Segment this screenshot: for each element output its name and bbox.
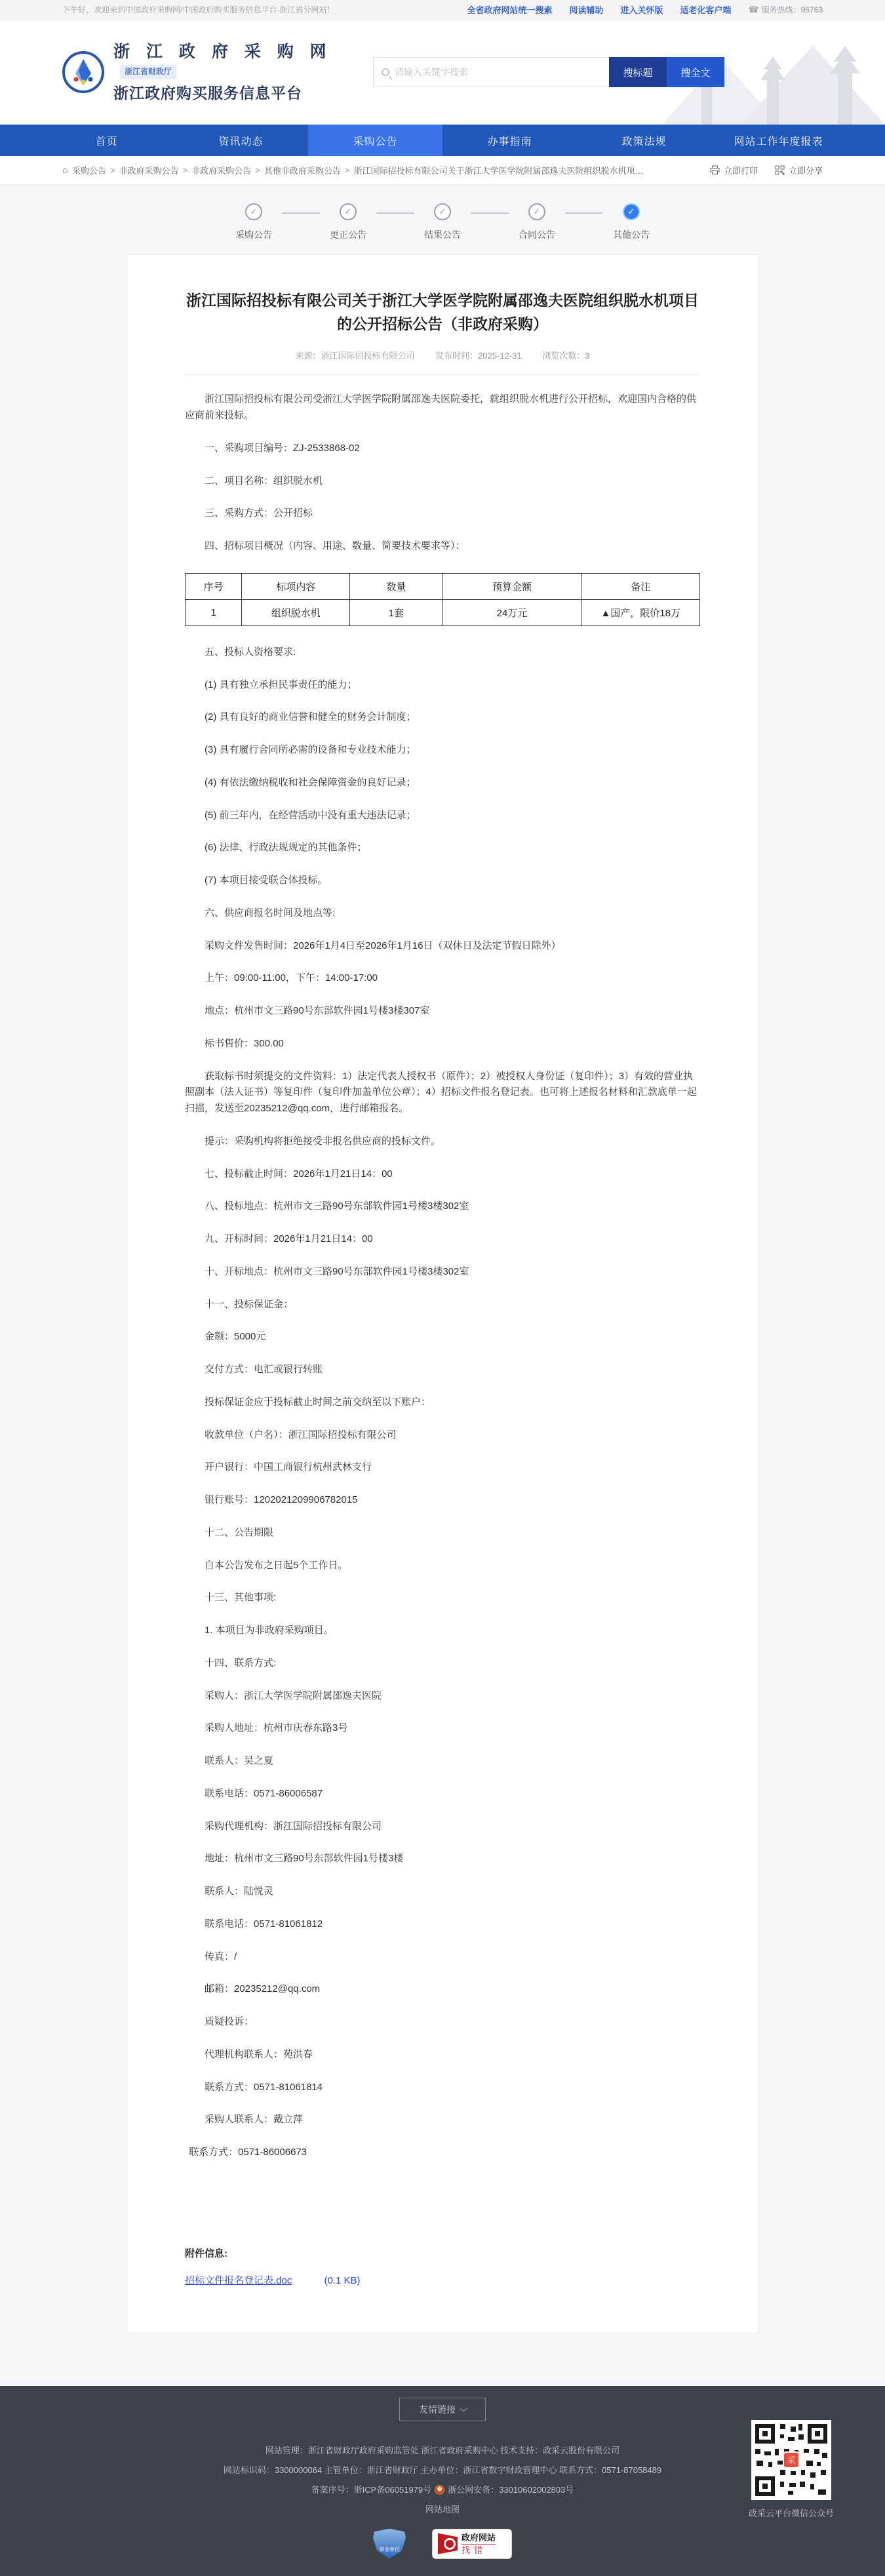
main-nav: 首页 资讯动态 采购公告 办事指南 政策法规 网站工作年度报表 <box>0 125 885 156</box>
magnifier-flag-icon <box>438 2533 458 2554</box>
content-paragraph: 十四、联系方式: <box>185 1655 700 1672</box>
zcy-logo-icon: 采 <box>783 2451 800 2468</box>
site-logo <box>62 51 104 93</box>
announcement-card: 浙江国际招投标有限公司关于浙江大学医学院附属邵逸夫医院组织脱水机项目的公开招标公… <box>127 254 758 2333</box>
public-institution-badge[interactable]: 事业单位 <box>373 2529 406 2559</box>
breadcrumb-separator: > <box>255 165 260 175</box>
meta-publish-time: 发布时间：2025-12-31 <box>435 351 522 361</box>
col-预算金额: 预算金额 <box>442 573 581 599</box>
content-paragraph: 获取标书时须提交的文件资料：1）法定代表人授权书（原件）；2）被授权人身份证（复… <box>185 1069 700 1117</box>
content-paragraph: (3) 具有履行合同所必需的设备和专业技术能力； <box>185 742 700 759</box>
content-paragraph: 三、采购方式：公开招标 <box>185 505 700 522</box>
site-logo-block[interactable]: 浙 江 政 府 采 购 网浙江省财政厅 浙江政府购买服务信息平台 <box>62 41 373 104</box>
content-paragraph: 提示：采购机构将拒绝接受非报名供应商的投标文件。 <box>185 1134 700 1150</box>
step-connector <box>565 212 603 214</box>
step-connector <box>282 212 320 214</box>
nav-annual-report[interactable]: 网站工作年度报表 <box>711 125 846 156</box>
content-paragraph: 地点：杭州市文三路90号东部软件园1号楼3楼307室 <box>185 1003 700 1020</box>
content-paragraph: 联系电话：0571-86006587 <box>185 1786 700 1802</box>
table-cell: 1套 <box>350 599 442 625</box>
content-paragraph: 十一、投标保证金： <box>185 1297 700 1313</box>
chevron-down-icon <box>460 2404 467 2411</box>
content-paragraph: 联系方式：0571-81061814 <box>185 2080 700 2096</box>
content-paragraph: 十二、公告期限 <box>185 1525 700 1541</box>
national-emblem-icon <box>435 2485 444 2495</box>
breadcrumb-item[interactable]: 其他非政府采购公告 <box>264 164 341 176</box>
print-button[interactable]: 立即打印 <box>710 164 758 176</box>
content-paragraph: 八、投标地点：杭州市文三路90号东部软件园1号楼3楼302室 <box>185 1199 700 1215</box>
content-paragraph: 自本公告发布之日起5个工作日。 <box>185 1558 700 1574</box>
link-elderly-client[interactable]: 适老化客户端 <box>680 3 731 16</box>
breadcrumb-item[interactable]: 非政府采购公告 <box>191 164 251 176</box>
qr-caption: 政采云平台微信公众号 <box>749 2507 834 2519</box>
meta-views: 浏览次数：3 <box>542 351 589 361</box>
content-paragraph: 联系人：吴之夏 <box>185 1753 700 1770</box>
phone-icon: ☎ <box>748 5 758 15</box>
content-paragraph: 投标保证金应于投标截止时间之前交纳至以下账户： <box>185 1395 700 1411</box>
table-row: 1 组织脱水机 1套 24万元 ▲国产，限价18万 <box>186 599 700 625</box>
top-utility-bar: 下午好，欢迎来到中国政府采购网/中国政府购买服务信息平台·浙江省分网站！ 全省政… <box>0 0 885 20</box>
content-paragraph: 传真：/ <box>185 1949 700 1966</box>
nav-policies[interactable]: 政策法规 <box>577 125 711 156</box>
content-paragraph: 联系方式：0571-86006673 <box>185 2145 700 2161</box>
check-icon: ✓ <box>439 207 446 217</box>
content-paragraph: 五、投标人资格要求: <box>185 644 700 661</box>
content-paragraph: (1) 具有独立承担民事责任的能力； <box>185 677 700 694</box>
wechat-qr-block: 采 政采云平台微信公众号 <box>749 2420 834 2519</box>
check-icon: ✓ <box>345 207 352 217</box>
step-contract-announcement[interactable]: ✓ 合同公告 <box>509 203 565 241</box>
content-paragraph: 四、招标项目概况（内容、用途、数量、简要技术要求等）： <box>185 538 700 555</box>
announcement-body: 浙江国际招投标有限公司受浙江大学医学院附属邵逸夫医院委托，就组织脱水机进行公开招… <box>185 391 700 2161</box>
search-input[interactable] <box>395 67 601 77</box>
service-hotline: ☎ 服务热线：95763 <box>748 4 823 15</box>
content-paragraph: 采购人：浙江大学医学院附属邵逸夫医院 <box>185 1688 700 1705</box>
sitemap-link[interactable]: 网站地图 <box>425 2505 460 2514</box>
breadcrumb-current: 浙江国际招投标有限公司关于浙江大学医学院附属邵逸夫医院组织脱水机项… <box>354 164 644 176</box>
content-paragraph: 邮箱：20235212@qq.com <box>185 1981 700 1998</box>
site-subtitle: 浙江政府购买服务信息平台 <box>113 84 373 104</box>
content-paragraph: 九、开标时间：2026年1月21日14：00 <box>185 1231 700 1248</box>
table-cell: 组织脱水机 <box>242 599 350 625</box>
step-result-announcement[interactable]: ✓ 结果公告 <box>414 203 471 241</box>
search-box <box>373 57 609 87</box>
content-paragraph: (4) 有依法缴纳税收和社会保障资金的良好记录； <box>185 775 700 791</box>
qr-share-icon <box>775 165 785 175</box>
intro-paragraphs: 浙江国际招投标有限公司受浙江大学医学院附属邵逸夫医院委托，就组织脱水机进行公开招… <box>185 391 700 555</box>
search-title-button[interactable]: 搜标题 <box>609 57 667 87</box>
table-cell: 1 <box>186 599 242 625</box>
breadcrumb-separator: > <box>110 165 115 175</box>
attachment-link[interactable]: 招标文件报名登记表.doc <box>185 2275 292 2286</box>
table-header-row: 序号 标项内容 数量 预算金额 备注 <box>186 573 700 599</box>
content-paragraph: (2) 具有良好的商业信誉和健全的财务会计制度； <box>185 709 700 726</box>
nav-service-guide[interactable]: 办事指南 <box>442 125 577 156</box>
article-meta: 来源：浙江国际招投标有限公司 发布时间：2025-12-31 浏览次数：3 <box>185 349 700 375</box>
bid-items-table: 序号 标项内容 数量 预算金额 备注 1 组织脱水机 1套 24万元 ▲国产，限… <box>185 573 700 626</box>
content-paragraph: 十、开标地点：杭州市文三路90号东部软件园1号楼3楼302室 <box>185 1264 700 1280</box>
nav-news[interactable]: 资讯动态 <box>174 125 308 156</box>
content-paragraph: 一、采购项目编号：ZJ-2533868-02 <box>185 441 700 457</box>
search-icon <box>382 68 389 76</box>
content-paragraph: 交付方式：电汇或银行转账 <box>185 1362 700 1378</box>
content-paragraph: 十三、其他事项: <box>185 1590 700 1606</box>
police-record[interactable]: 浙公网安备：33010602002803号 <box>448 2485 574 2495</box>
home-icon[interactable]: ⌂ <box>62 165 68 176</box>
link-care-version[interactable]: 进入关怀版 <box>620 3 663 16</box>
link-unified-search[interactable]: 全省政府网站统一搜索 <box>467 3 552 16</box>
content-paragraph: 采购人联系人：戴立萍 <box>185 2112 700 2128</box>
content-paragraph: 地址：杭州市文三路90号东部软件园1号楼3楼 <box>185 1851 700 1867</box>
step-connector <box>471 212 509 214</box>
breadcrumb-item[interactable]: 采购公告 <box>72 164 106 176</box>
site-footer: 友情链接 网站管理：浙江省财政厅政府采购监管处 浙江省政府采购中心 技术支持：政… <box>0 2386 885 2576</box>
step-other-announcement[interactable]: ✓ 其他公告 <box>603 203 659 241</box>
col-标项内容: 标项内容 <box>242 573 350 599</box>
qr-code: 采 <box>751 2420 831 2500</box>
link-reading-aid[interactable]: 阅读辅助 <box>569 3 603 16</box>
table-cell: 24万元 <box>442 599 581 625</box>
attachment-label: 附件信息: <box>185 2246 700 2260</box>
check-icon: ✓ <box>250 207 258 217</box>
step-procurement-announcement[interactable]: ✓ 采购公告 <box>226 203 282 241</box>
content-paragraph: 质疑投诉： <box>185 2014 700 2031</box>
breadcrumb-item[interactable]: 非政府采购公告 <box>119 164 179 176</box>
content-paragraph: 二、项目名称：组织脱水机 <box>185 473 700 490</box>
breadcrumb: ⌂ 采购公告 > 非政府采购公告 > 非政府采购公告 > 其他非政府采购公告 >… <box>0 156 885 185</box>
content-paragraph: 金额：5000元 <box>185 1329 700 1345</box>
content-paragraph: 上午：09:00-11:00，下午：14:00-17:00 <box>185 970 700 987</box>
content-paragraph: 浙江国际招投标有限公司受浙江大学医学院附属邵逸夫医院委托，就组织脱水机进行公开招… <box>185 391 700 424</box>
content-paragraph: 代理机构联系人：苑洪春 <box>185 2047 700 2063</box>
breadcrumb-separator: > <box>345 165 350 175</box>
content-paragraph: 六、供应商报名时间及地点等: <box>185 905 700 922</box>
nav-procurement-announcements[interactable]: 采购公告 <box>308 125 442 156</box>
content-paragraph: 采购人地址：杭州市庆春东路3号 <box>185 1720 700 1737</box>
col-数量: 数量 <box>350 573 442 599</box>
icp-record[interactable]: 备案序号：浙ICP备06051979号 <box>311 2485 432 2495</box>
nav-home[interactable]: 首页 <box>39 125 174 156</box>
content-paragraph: 1. 本项目为非政府采购项目。 <box>185 1623 700 1639</box>
share-button[interactable]: 立即分享 <box>775 164 823 176</box>
col-备注: 备注 <box>581 573 700 599</box>
page-title: 浙江国际招投标有限公司关于浙江大学医学院附属邵逸夫医院组织脱水机项目的公开招标公… <box>185 289 700 336</box>
greeting-text: 下午好，欢迎来到中国政府采购网/中国政府购买服务信息平台·浙江省分网站！ <box>62 4 334 15</box>
attachment-section: 附件信息: 招标文件报名登记表.doc (0.1 KB) <box>185 2246 700 2287</box>
breadcrumb-separator: > <box>183 165 188 175</box>
attachment-size: (0.1 KB) <box>324 2275 361 2286</box>
col-序号: 序号 <box>186 573 242 599</box>
content-paragraph: 开户银行：中国工商银行杭州武林支行 <box>185 1459 700 1476</box>
announcement-type-steps: ✓ 采购公告 ✓ 更正公告 ✓ 结果公告 ✓ 合同公告 ✓ 其他公告 <box>0 185 885 245</box>
site-header: 浙 江 政 府 采 购 网浙江省财政厅 浙江政府购买服务信息平台 搜标题 搜全文 <box>0 20 885 125</box>
body-paragraphs: 五、投标人资格要求:(1) 具有独立承担民事责任的能力；(2) 具有良好的商业信… <box>185 644 700 2161</box>
content-paragraph: (7) 本项目接受联合体投标。 <box>185 873 700 889</box>
content-paragraph: 联系电话：0571-81061812 <box>185 1916 700 1933</box>
step-connector <box>376 212 414 214</box>
table-cell: ▲国产，限价18万 <box>581 599 700 625</box>
content-paragraph: 采购文件发售时间：2026年1月4日至2026年1月16日（双休日及法定节假日除… <box>185 938 700 955</box>
step-correction-announcement[interactable]: ✓ 更正公告 <box>320 203 376 241</box>
printer-icon <box>710 165 720 175</box>
content-paragraph: (6) 法律、行政法规规定的其他条件； <box>185 840 700 856</box>
meta-source: 来源：浙江国际招投标有限公司 <box>296 351 415 361</box>
content-paragraph: (5) 前三年内，在经营活动中没有重大违法记录； <box>185 808 700 824</box>
friendly-links-dropdown[interactable]: 友情链接 <box>399 2398 486 2421</box>
site-name: 浙 江 政 府 采 购 网浙江省财政厅 <box>113 41 373 84</box>
gov-site-error-report-badge[interactable]: 政府网站 找错 <box>432 2529 512 2559</box>
content-paragraph: 标书售价：300.00 <box>185 1036 700 1052</box>
search-fulltext-button[interactable]: 搜全文 <box>667 57 724 87</box>
content-paragraph: 联系人：陆悦灵 <box>185 1884 700 1900</box>
check-icon: ✓ <box>628 207 635 217</box>
content-paragraph: 七、投标截止时间：2026年1月21日14：00 <box>185 1166 700 1183</box>
check-icon: ✓ <box>534 207 541 217</box>
content-paragraph: 采购代理机构：浙江国际招投标有限公司 <box>185 1819 700 1835</box>
content-paragraph: 银行账号：1202021209906782015 <box>185 1492 700 1509</box>
content-paragraph: 收款单位（户名）：浙江国际招投标有限公司 <box>185 1427 700 1444</box>
finance-dept-tag: 浙江省财政厅 <box>120 65 176 79</box>
